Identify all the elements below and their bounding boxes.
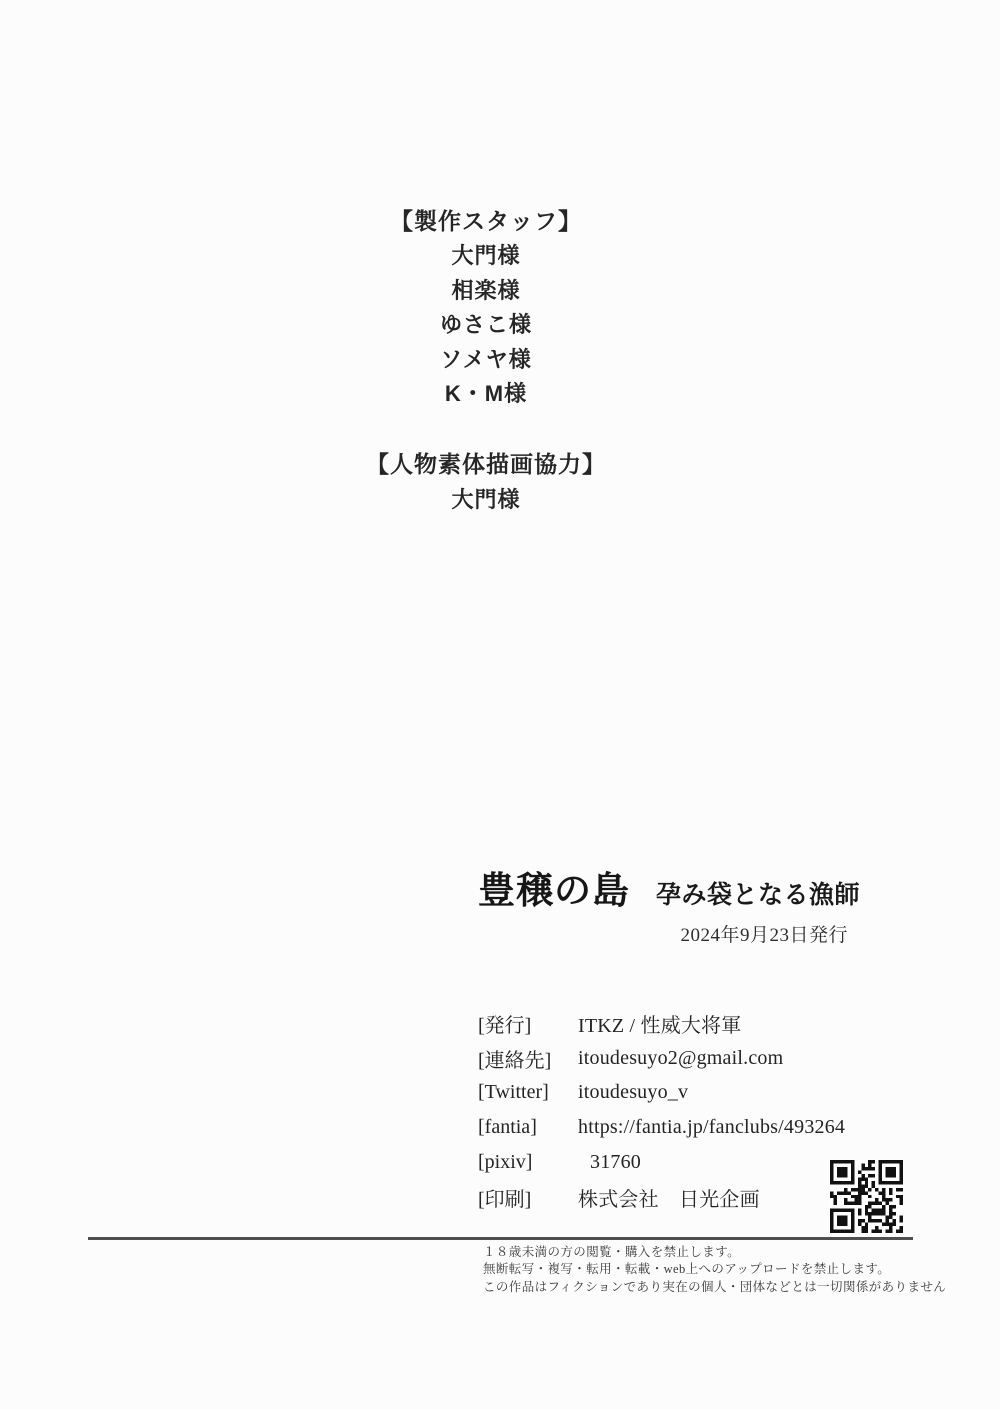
disclaimer-line: 無断転写・複写・転用・転載・web上へのアップロードを禁止します。 bbox=[483, 1261, 953, 1278]
staff-name: ゆさこ様 bbox=[0, 308, 972, 343]
publish-date: 2024年9月23日発行 bbox=[478, 920, 848, 947]
book-subtitle: 孕み袋となる漁師 bbox=[656, 875, 860, 911]
colophon-label: [Twitter] bbox=[478, 1081, 578, 1104]
colophon-row-fantia: [fantia] https://fantia.jp/fanclubs/4932… bbox=[478, 1110, 898, 1145]
staff-name: 相楽様 bbox=[0, 274, 972, 309]
colophon-row-twitter: [Twitter] itoudesuyo_v bbox=[478, 1076, 898, 1111]
colophon-label: [pixiv] bbox=[478, 1151, 578, 1174]
footer-disclaimer: １８歳未満の方の閲覧・購入を禁止します。 無断転写・複写・転用・転載・web上へ… bbox=[483, 1244, 953, 1296]
footer-divider-line bbox=[88, 1237, 913, 1240]
staff-section-heading: 【製作スタッフ】 bbox=[0, 204, 972, 239]
assist-credits-section: 【人物素体描画協力】 大門様 bbox=[0, 446, 972, 518]
title-row: 豊穣の島 孕み袋となる漁師 bbox=[478, 860, 848, 914]
disclaimer-line: この作品はフィクションであり実在の個人・団体などとは一切関係がありません bbox=[483, 1279, 953, 1296]
colophon-label: [連絡先] bbox=[478, 1044, 578, 1073]
colophon-label: [fantia] bbox=[478, 1116, 578, 1139]
assist-section-heading: 【人物素体描画協力】 bbox=[0, 446, 972, 482]
staff-name: K・M様 bbox=[0, 377, 972, 412]
staff-credits-section: 【製作スタッフ】 大門様 相楽様 ゆさこ様 ソメヤ様 K・M様 bbox=[0, 204, 972, 412]
colophon-value: https://fantia.jp/fanclubs/493264 bbox=[578, 1116, 845, 1139]
colophon-value: itoudesuyo2@gmail.com bbox=[578, 1047, 783, 1070]
colophon-value: itoudesuyo_v bbox=[578, 1081, 688, 1104]
staff-name: 大門様 bbox=[0, 239, 972, 274]
book-title: 豊穣の島 bbox=[478, 860, 630, 914]
colophon-label: [印刷] bbox=[478, 1183, 578, 1212]
staff-name: ソメヤ様 bbox=[0, 343, 972, 378]
title-block: 豊穣の島 孕み袋となる漁師 2024年9月23日発行 bbox=[478, 860, 848, 947]
assist-name: 大門様 bbox=[0, 482, 972, 518]
disclaimer-line: １８歳未満の方の閲覧・購入を禁止します。 bbox=[483, 1244, 953, 1261]
colophon-value: ITKZ / 性威大将軍 bbox=[578, 1009, 742, 1038]
colophon-label: [発行] bbox=[478, 1009, 578, 1038]
colophon-value: 株式会社 日光企画 bbox=[578, 1183, 760, 1212]
scanned-credits-page: 【製作スタッフ】 大門様 相楽様 ゆさこ様 ソメヤ様 K・M様 【人物素体描画協… bbox=[0, 0, 1000, 1409]
qr-code-icon bbox=[830, 1160, 903, 1233]
colophon-value: 31760 bbox=[578, 1151, 641, 1174]
colophon-row-publisher: [発行] ITKZ / 性威大将軍 bbox=[478, 1006, 898, 1041]
qr-code-svg bbox=[830, 1160, 903, 1233]
colophon-row-contact: [連絡先] itoudesuyo2@gmail.com bbox=[478, 1041, 898, 1076]
